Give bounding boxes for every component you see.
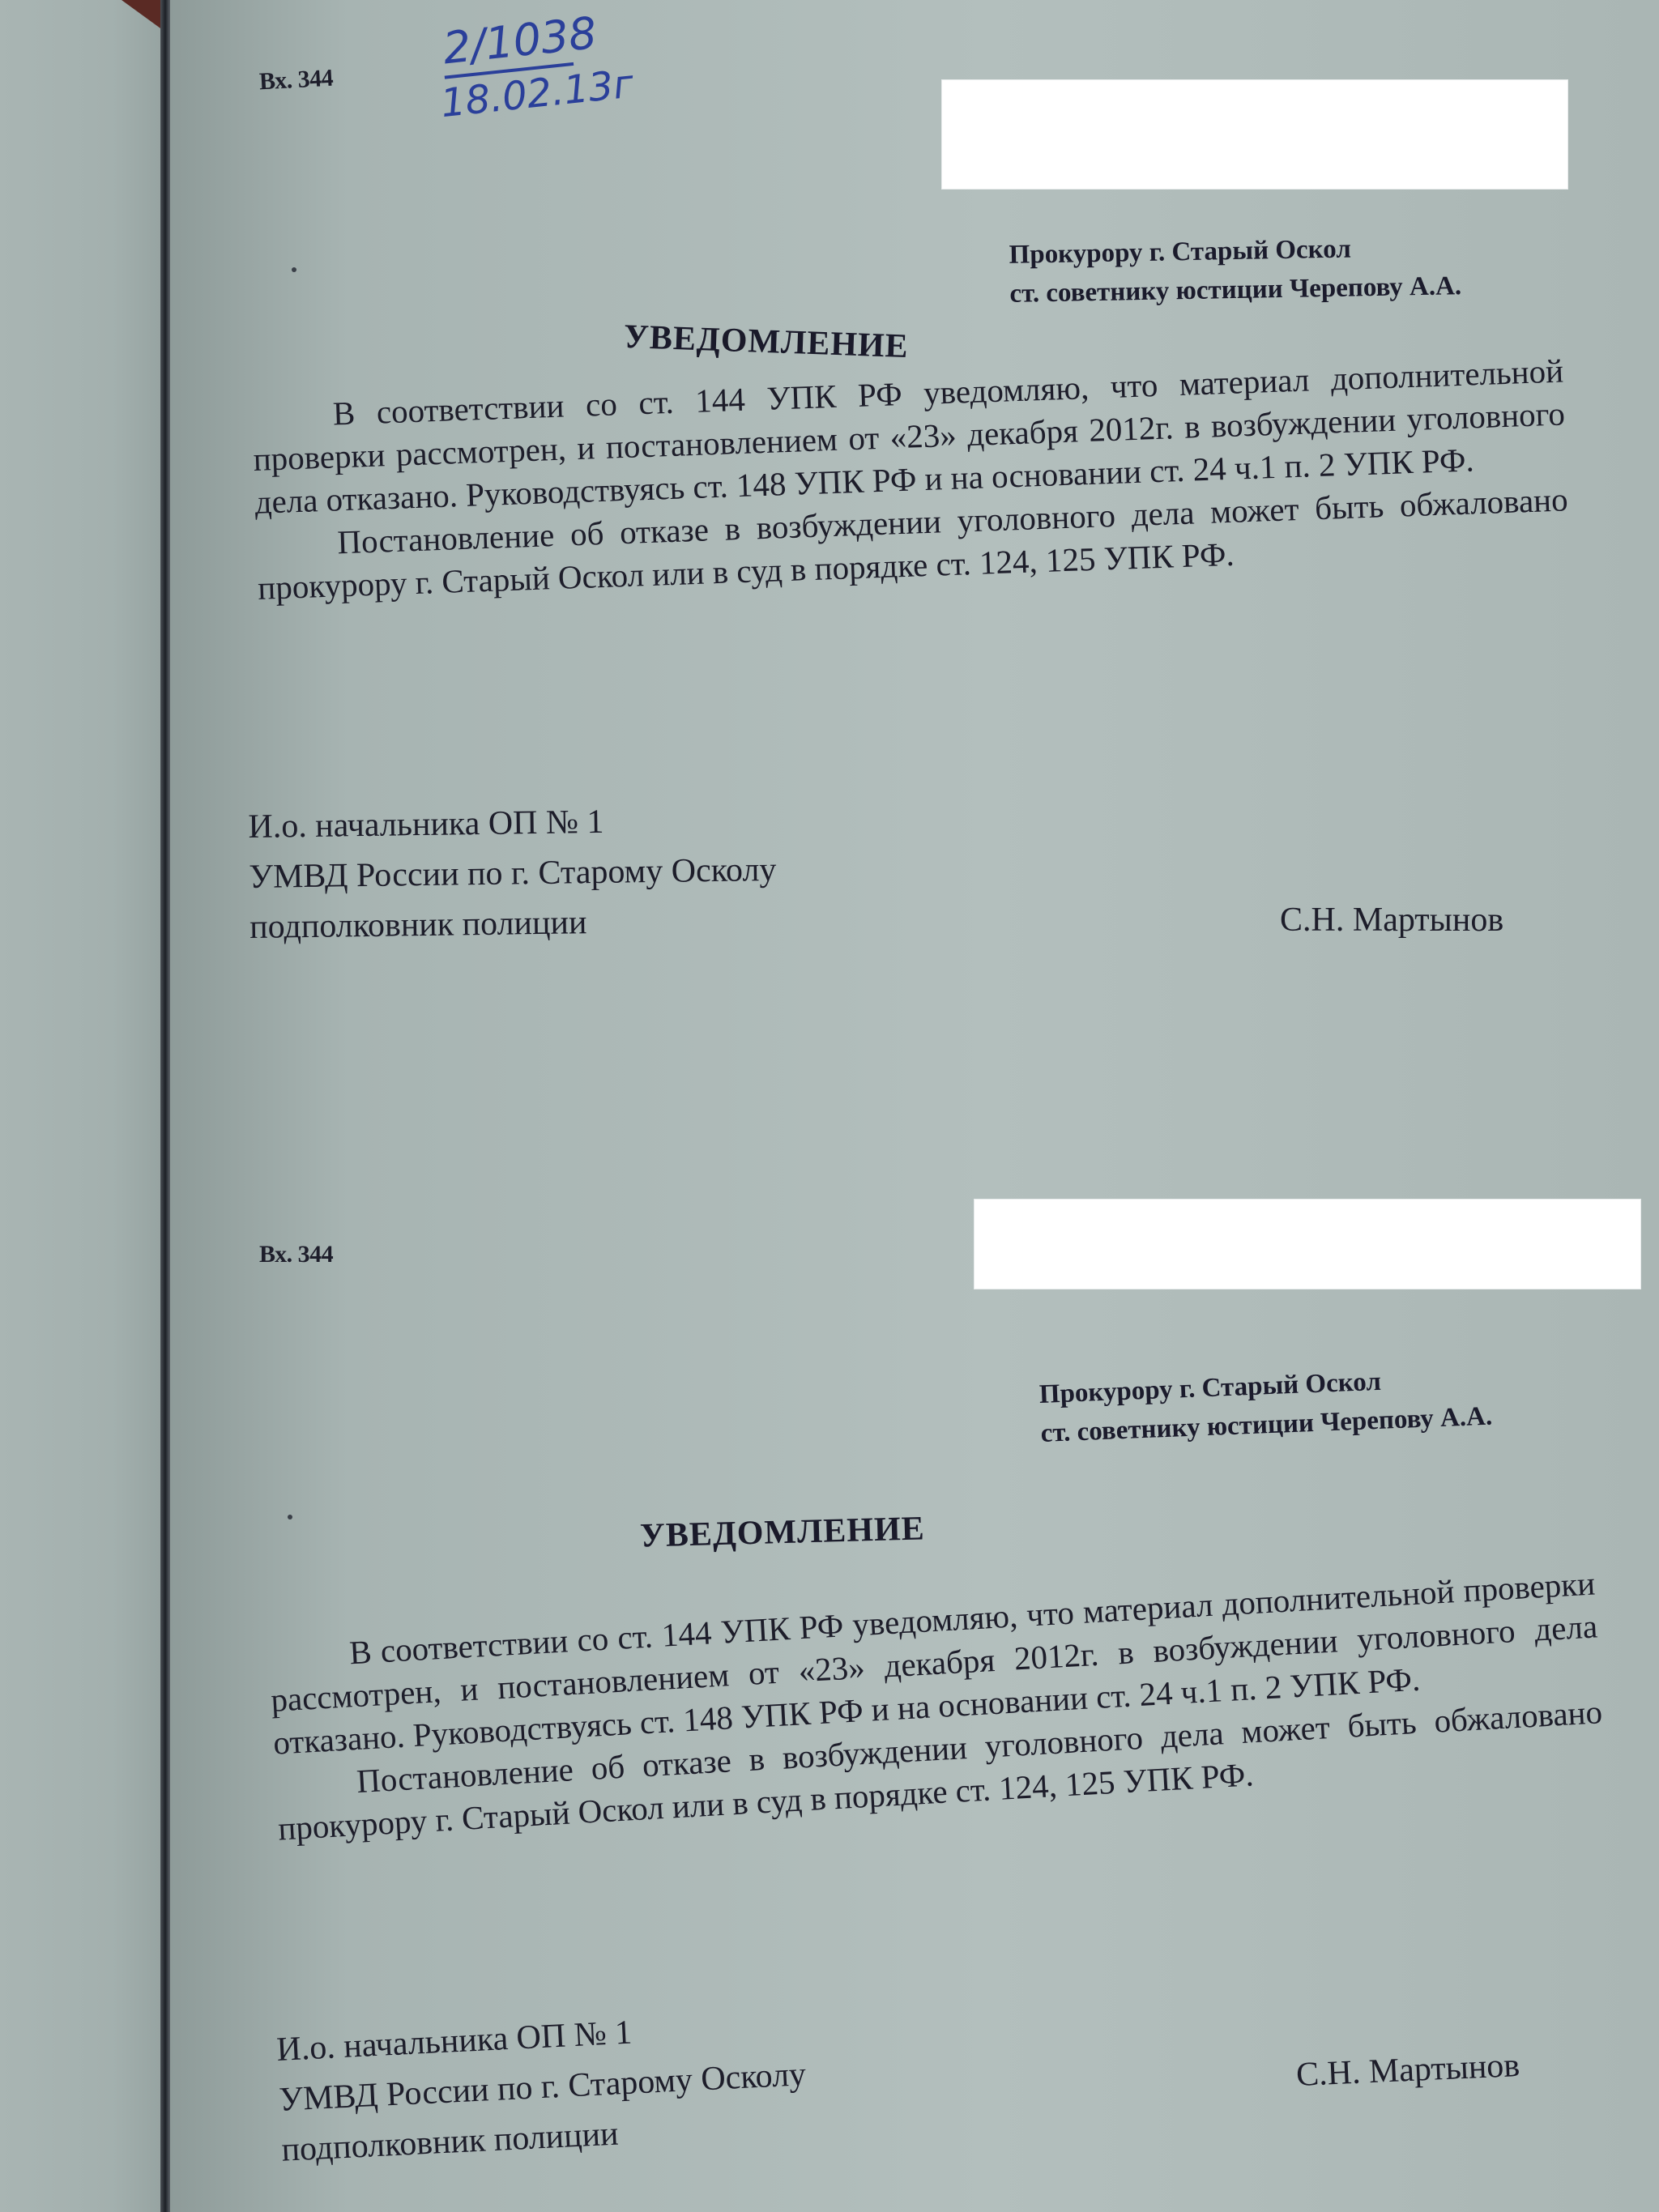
notice-title: УВЕДОМЛЕНИЕ <box>623 318 909 366</box>
signer-position-line-2: УМВД России по г. Старому Осколу <box>249 845 777 902</box>
signature-block: И.о. начальника ОП № 1 УМВД России по г.… <box>275 1999 809 2176</box>
page-binding <box>160 0 170 2212</box>
signer-name: С.Н. Мартынов <box>1295 2046 1520 2095</box>
signer-position-line-1: И.о. начальника ОП № 1 <box>248 795 776 852</box>
notice-body: В соответствии со ст. 144 УПК РФ уведомл… <box>251 349 1570 609</box>
registration-number: 2/1038 <box>433 8 629 72</box>
notice-body: В соответствии со ст. 144 УПК РФ уведомл… <box>267 1562 1606 1850</box>
redaction-box <box>941 79 1568 190</box>
paper-speck <box>288 1515 292 1519</box>
notice-2: Вх. 344 Прокурору г. Старый Оскол ст. со… <box>170 1118 1659 2212</box>
document-page: Вх. 344 2/1038 18.02.13г Прокурору г. Ст… <box>170 0 1659 2212</box>
signature-block: И.о. начальника ОП № 1 УМВД России по г.… <box>248 795 778 953</box>
addressee-block: Прокурору г. Старый Оскол ст. советнику … <box>1038 1358 1493 1453</box>
addressee-line-2: ст. советнику юстиции Черепову А.А. <box>1009 266 1462 313</box>
redaction-box <box>974 1199 1641 1289</box>
incoming-number: Вх. 344 <box>258 65 334 96</box>
handwritten-registration-stamp: 2/1038 18.02.13г <box>433 8 635 123</box>
notice-title: УВЕДОМЛЕНИЕ <box>639 1509 925 1555</box>
notice-1: Вх. 344 2/1038 18.02.13г Прокурору г. Ст… <box>170 0 1659 1118</box>
addressee-block: Прокурору г. Старый Оскол ст. советнику … <box>1009 228 1461 313</box>
paper-speck <box>292 267 296 272</box>
previous-page-edge <box>0 0 160 2212</box>
signer-name: С.Н. Мартынов <box>1280 901 1503 940</box>
incoming-number: Вх. 344 <box>259 1241 333 1268</box>
signer-rank: подполковник полиции <box>249 895 778 953</box>
